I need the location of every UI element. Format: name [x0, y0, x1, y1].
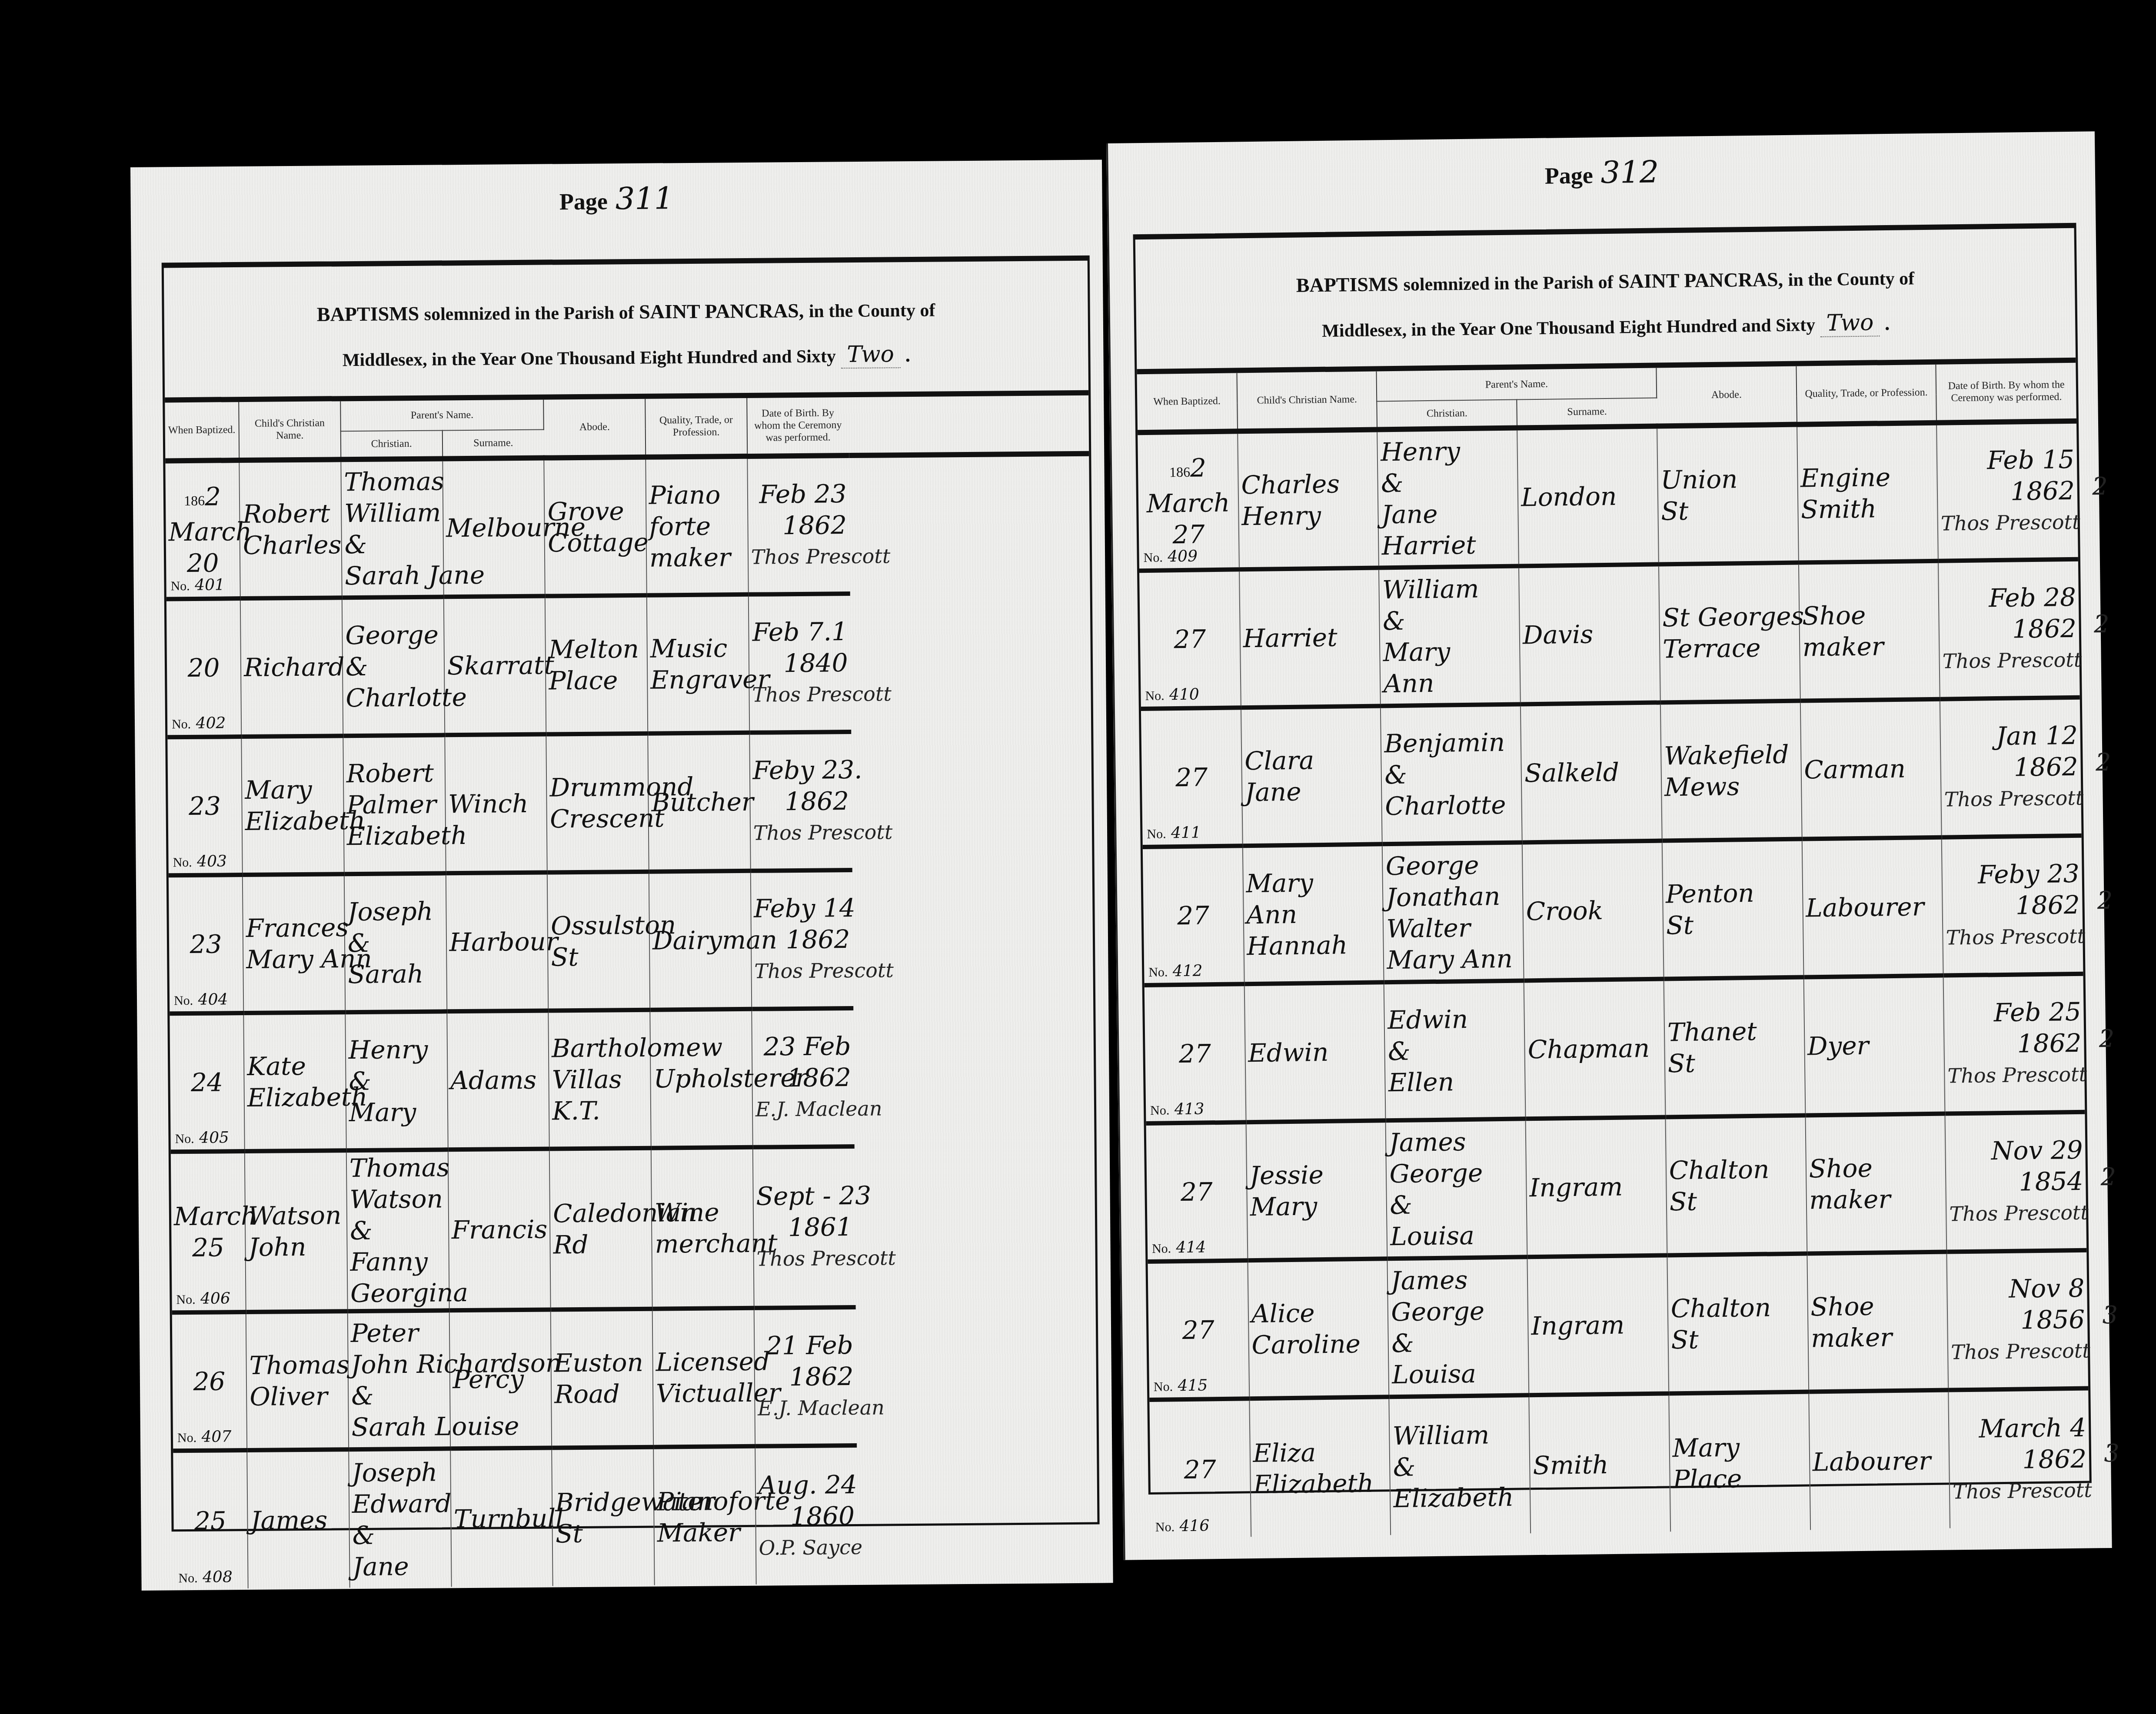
when-baptized-cell: 27No. 411	[1141, 708, 1243, 847]
parent-surname-cell: Davis	[1519, 565, 1660, 704]
trade-cell-line: forte	[649, 510, 745, 542]
margin-annotation: 2	[2092, 471, 2108, 502]
parent-christian-cell: PeterJohn Richardson&Sarah Louise	[347, 1310, 450, 1449]
dob-officiant-cell-line: 1860	[759, 1500, 855, 1532]
parent-surname-cell: Francis	[448, 1149, 551, 1310]
parent-surname-cell-line: Turnbull	[454, 1502, 549, 1535]
parent-christian-cell-line: Thomas	[344, 465, 439, 498]
parent-christian-cell-line: &	[1384, 758, 1519, 791]
child-name-cell: Harriet	[1239, 568, 1381, 708]
parent-surname-cell: Turnbull	[450, 1448, 553, 1587]
parent-christian-cell-line: Walter	[1386, 912, 1521, 945]
parent-christian-cell-line: Georgina	[350, 1277, 446, 1309]
parent-surname-cell-line: Chapman	[1527, 1033, 1662, 1066]
parent-christian-cell-line: William	[1392, 1418, 1527, 1452]
parent-christian-cell-line: George	[1391, 1295, 1525, 1328]
page-number-heading: Page312	[1108, 149, 2095, 196]
officiant-signature: Thos Prescott	[753, 817, 849, 849]
entry-number: No. 406	[176, 1291, 230, 1308]
abode-cell-line: Penton	[1666, 877, 1800, 910]
entry-number: No. 416	[1155, 1518, 1210, 1535]
child-name-cell-line: Robert	[243, 498, 338, 530]
parent-christian-cell: JamesGeorge&Louisa	[1387, 1257, 1529, 1397]
dob-officiant-cell-line: 1862	[1940, 475, 2075, 508]
title-parish: SAINT PANCRAS,	[639, 299, 804, 323]
abode-cell-line: Grove	[547, 495, 643, 527]
abode-cell-line: Place	[549, 664, 644, 697]
register-entry-row: 1862March27No. 409CharlesHenryHenry&Jane…	[1138, 421, 2078, 571]
abode-cell-line: Rd	[553, 1229, 649, 1261]
abode-cell-line: Road	[554, 1378, 650, 1410]
child-name-cell: AliceCaroline	[1248, 1259, 1389, 1398]
trade-cell: Dairyman	[649, 871, 752, 1010]
parent-christian-cell: Benjamin&Charlotte	[1381, 704, 1522, 844]
abode-cell-line: St	[1666, 908, 1800, 941]
when-baptized-cell: 27No. 415	[1148, 1260, 1249, 1400]
baptism-month: March	[168, 516, 237, 548]
parent-surname-cell: Adams	[447, 1011, 549, 1150]
parent-christian-cell-line: William	[1382, 573, 1517, 606]
officiant-signature: O.P. Sayce	[759, 1531, 855, 1564]
child-name-cell-line: Alice	[1251, 1296, 1385, 1329]
entry-number: No. 407	[177, 1429, 232, 1446]
abode-cell: GroveCottage	[544, 457, 647, 596]
year-printed: 186	[1169, 464, 1190, 480]
trade-cell: Labourer	[1809, 1390, 1950, 1530]
parent-christian-cell-line: Elizabeth	[1393, 1481, 1527, 1514]
parent-christian-cell-line: &	[346, 650, 441, 682]
parent-surname-cell: Salkeld	[1521, 703, 1662, 843]
parent-christian-cell-line: Sarah	[348, 958, 443, 990]
parent-christian-cell-line: Ellen	[1388, 1065, 1522, 1098]
dob-officiant-cell-line: 1854	[1949, 1166, 2083, 1199]
child-name-cell: FrancesMary Ann	[243, 874, 345, 1013]
right-page: Page312 BAPTISMS solemnized in the Paris…	[1106, 131, 2112, 1560]
entry-number: No. 411	[1147, 825, 1201, 842]
baptism-day: 20	[169, 547, 237, 579]
entry-number-label: No.	[1147, 827, 1166, 841]
parent-christian-cell-line: George	[1389, 1156, 1524, 1189]
entry-number-value: 408	[203, 1568, 233, 1586]
dob-officiant-cell-line: 1862	[753, 785, 849, 817]
dob-officiant-cell: Aug. 241860O.P. Sayce	[755, 1445, 858, 1584]
dob-officiant-cell: March 41862Thos Prescott3	[1948, 1388, 2090, 1528]
dob-officiant-cell: Feb 281862Thos Prescott2	[1938, 559, 2080, 699]
when-baptized-cell: 1862March27No. 409	[1138, 431, 1239, 571]
dob-officiant-cell-line: Sept - 23	[756, 1180, 852, 1212]
parent-christian-cell-line: &	[1390, 1188, 1524, 1221]
left-page: Page311 BAPTISMS solemnized in the Paris…	[130, 159, 1113, 1590]
parent-christian-cell-line: Palmer	[346, 788, 442, 820]
trade-cell: Carman	[1800, 699, 1942, 839]
abode-cell-line: St Georges	[1662, 601, 1797, 634]
dob-officiant-cell-line: Feby 14	[754, 892, 850, 924]
title-baptisms: BAPTISMS	[317, 302, 419, 326]
entry-number: No. 404	[174, 992, 228, 1009]
register-entry-row: 26No. 407ThomasOliverPeterJohn Richardso…	[172, 1305, 1097, 1451]
header-abode: Abode.	[1656, 366, 1797, 426]
parent-surname-cell-line: Smith	[1533, 1448, 1667, 1481]
entry-number-value: 412	[1173, 962, 1203, 980]
dob-officiant-cell: Feby 141862Thos Prescott	[751, 870, 853, 1009]
child-name-cell-line: Jane	[1245, 775, 1379, 808]
title-text: solemnized in the Parish of	[1403, 272, 1614, 295]
child-name-cell: JessieMary	[1246, 1120, 1387, 1260]
dob-officiant-cell-line: 1840	[752, 647, 848, 679]
margin-annotation: 2	[2096, 747, 2112, 778]
officiant-signature: Thos Prescott	[1951, 1335, 2086, 1368]
entry-number-value: 414	[1176, 1238, 1206, 1256]
parent-christian-cell-line: William	[344, 497, 440, 529]
trade-cell-line: Smith	[1800, 492, 1935, 525]
parent-christian-cell-line: Jane	[353, 1550, 448, 1582]
officiant-signature: Thos Prescott	[751, 541, 847, 573]
register-entry-row: 23No. 403MaryElizabethRobertPalmerElizab…	[167, 730, 1092, 876]
entry-number-value: 402	[196, 714, 226, 732]
baptism-day: 23	[172, 928, 240, 960]
child-name-cell: RobertCharles	[239, 459, 342, 598]
baptism-year: 1862	[1141, 452, 1235, 488]
when-baptized-cell: 23No. 403	[167, 737, 242, 875]
register-entry-row: 24No. 405KateElizabethHenry&MaryAdamsBar…	[170, 1006, 1094, 1152]
register-entries: When Baptized. Child's Christian Name. P…	[1137, 363, 2090, 1538]
child-name-cell-line: Caroline	[1251, 1328, 1386, 1361]
parent-christian-cell: William&Elizabeth	[1389, 1395, 1531, 1535]
child-name-cell: James	[247, 1449, 349, 1588]
abode-cell-line: Caledonian	[553, 1197, 649, 1229]
parent-surname-cell: London	[1517, 426, 1659, 566]
trade-cell: Butcher	[648, 733, 750, 872]
trade-cell-line: Engine	[1800, 461, 1935, 494]
abode-cell-line: Wakefield	[1664, 739, 1798, 772]
entry-number-value: 411	[1171, 824, 1201, 842]
dob-officiant-cell-line: Feb 25	[1946, 996, 2081, 1029]
header-child-name: Child's Christian Name.	[239, 401, 341, 460]
entry-number-label: No.	[1150, 1103, 1170, 1118]
child-name-cell: Edwin	[1244, 982, 1386, 1122]
parent-surname-cell-line: Skarratt	[447, 650, 542, 682]
trade-cell-line: Music	[650, 632, 745, 664]
child-name-cell-line: Elizabeth	[1253, 1467, 1387, 1500]
register-entry-row: 27No. 415AliceCarolineJamesGeorge&Louisa…	[1148, 1250, 2088, 1400]
officiant-signature: Thos Prescott	[1942, 644, 2077, 677]
parent-christian-cell-line: James	[1391, 1263, 1525, 1296]
page-label: Page	[559, 188, 608, 215]
title-year-text: Middlesex, in the Year One Thousand Eigh…	[1322, 315, 1816, 341]
officiant-signature: Thos Prescott	[1944, 782, 2079, 815]
parent-christian-cell-line: Mary	[1383, 635, 1517, 668]
parent-christian-cell-line: Louisa	[1390, 1219, 1524, 1252]
trade-cell: Shoemaker	[1807, 1252, 1949, 1392]
child-name-cell-line: Kate	[247, 1050, 343, 1082]
dob-officiant-cell: Feb 151862Thos Prescott2	[1936, 421, 2078, 561]
dob-officiant-cell-line: Aug. 24	[758, 1469, 854, 1501]
officiant-signature: Thos Prescott	[1949, 1197, 2084, 1230]
parent-christian-cell: Edwin&Ellen	[1384, 980, 1526, 1120]
margin-annotation: 3	[2104, 1438, 2120, 1469]
column-headers: When Baptized. Child's Christian Name. P…	[165, 395, 1089, 461]
abode-cell-line: Ossulston	[551, 910, 646, 942]
entry-number: No. 412	[1148, 963, 1203, 980]
parent-christian-cell: Joseph&Sarah	[344, 873, 447, 1012]
officiant-signature: Thos Prescott	[1946, 920, 2080, 953]
parent-christian-cell-line: Henry	[348, 1033, 444, 1066]
header-parents-name: Parent's Name.	[340, 400, 544, 432]
title-year-handwritten: Two	[841, 341, 900, 369]
abode-cell-line: Terrace	[1663, 632, 1797, 665]
parent-christian-cell-line: Henry	[1381, 435, 1515, 468]
child-name-cell-line: Charles	[1241, 468, 1375, 501]
baptism-day: 24	[173, 1066, 241, 1098]
entry-number-value: 403	[197, 852, 227, 870]
abode-cell: St GeorgesTerrace	[1659, 563, 1800, 703]
dob-officiant-cell-line: 1861	[756, 1211, 852, 1243]
child-name-cell: Richard	[240, 598, 343, 737]
trade-cell: Upholsterer	[650, 1009, 752, 1148]
trade-cell-line: Dyer	[1807, 1029, 1942, 1062]
dob-officiant-cell-line: Feby 23	[1945, 858, 2079, 891]
entry-number-value: 416	[1179, 1517, 1209, 1535]
year-handwritten: 2	[1190, 453, 1207, 482]
entry-number-value: 404	[198, 990, 228, 1009]
entry-number: No. 415	[1154, 1378, 1208, 1395]
entry-number-value: 409	[1168, 548, 1198, 566]
dob-officiant-cell-line: Nov 29	[1948, 1134, 2083, 1167]
trade-cell: Pianofortemaker	[645, 456, 748, 595]
dob-officiant-cell-line: Feb 15	[1940, 443, 2075, 476]
baptism-day: 27	[1146, 899, 1241, 932]
register-entry-row: 23No. 404FrancesMary AnnJoseph&SarahHarb…	[169, 868, 1093, 1014]
trade-cell-line: Victualler	[656, 1377, 752, 1409]
child-name-cell-line: Hannah	[1247, 929, 1381, 962]
abode-cell-line: St	[1661, 494, 1795, 527]
trade-cell: Winemerchant	[651, 1147, 754, 1309]
baptism-day: 27	[1144, 761, 1239, 794]
dob-officiant-cell: Nov 81856Thos Prescott3	[1947, 1250, 2089, 1390]
abode-cell-line: Crescent	[550, 803, 645, 835]
header-trade: Quality, Trade, or Profession.	[645, 398, 747, 457]
trade-cell: Shoemaker	[1805, 1114, 1947, 1254]
dob-officiant-cell: Feby 23.1862Thos Prescott	[749, 732, 852, 871]
register-entry-row: 27No. 410HarrietWilliam&MaryAnnDavisSt G…	[1139, 559, 2080, 709]
abode-cell-line: Union	[1660, 462, 1795, 495]
abode-cell-line: St	[1671, 1323, 1805, 1356]
dob-officiant-cell-line: 1862	[755, 1062, 851, 1094]
abode-cell: UnionSt	[1657, 425, 1799, 565]
dob-officiant-cell: Feb 7.11840Thos Prescott	[749, 594, 851, 733]
trade-cell-line: Labourer	[1812, 1445, 1946, 1478]
child-name-cell: ClaraJane	[1241, 706, 1383, 846]
abode-cell: OssulstonSt	[547, 872, 650, 1011]
child-name-cell-line: John	[248, 1231, 344, 1263]
entry-number-label: No.	[1152, 1241, 1171, 1256]
header-parent-surname: Surname.	[442, 430, 544, 459]
abode-cell-line: Mews	[1664, 770, 1799, 803]
parent-christian-cell-line: &	[349, 1065, 444, 1097]
trade-cell: LicensedVictualler	[652, 1308, 755, 1447]
register-entry-row: 27No. 413EdwinEdwin&EllenChapmanThanetSt…	[1145, 974, 2085, 1123]
trade-cell-line: Engraver	[650, 664, 746, 696]
parent-christian-cell-line: Peter	[351, 1317, 446, 1349]
parent-christian-cell-line: Harriet	[1381, 528, 1516, 561]
entry-number-value: 401	[195, 576, 225, 594]
abode-cell-line: Place	[1673, 1462, 1807, 1495]
entry-number-label: No.	[173, 855, 192, 870]
column-headers: When Baptized. Child's Christian Name. P…	[1137, 363, 2076, 432]
register-entries: When Baptized. Child's Christian Name. P…	[165, 395, 1098, 1589]
register-entry-row: March25No. 406WatsonJohnThomasWatson&Fan…	[171, 1145, 1096, 1313]
abode-cell-line: St	[556, 1517, 651, 1549]
entry-number: No. 402	[172, 715, 226, 732]
year-handwritten: 2	[205, 482, 221, 511]
dob-officiant-cell: Feby 231862Thos Prescott2	[1942, 836, 2083, 976]
entry-number-value: 413	[1174, 1100, 1204, 1118]
header-dob-officiant: Date of Birth. By whom the Ceremony was …	[1936, 363, 2076, 423]
dob-officiant-cell-line: 1862	[754, 923, 850, 956]
entry-number: No. 405	[175, 1130, 229, 1147]
header-parents-name: Parent's Name.	[1377, 368, 1657, 402]
entry-number-value: 407	[201, 1428, 231, 1446]
dob-officiant-cell-line: 23 Feb	[755, 1030, 851, 1063]
header-abode: Abode.	[543, 399, 645, 458]
officiant-signature: Thos Prescott	[752, 678, 848, 711]
entry-number-label: No.	[170, 579, 190, 593]
abode-cell-line: Euston	[554, 1347, 650, 1379]
baptism-month: March	[174, 1200, 243, 1232]
title-baptisms: BAPTISMS	[1296, 273, 1399, 296]
trade-cell: EngineSmith	[1797, 423, 1939, 563]
trade-cell: Dyer	[1803, 976, 1945, 1116]
entry-number-label: No.	[172, 717, 191, 731]
header-when-baptized: When Baptized.	[165, 402, 239, 461]
title-text-end: in the County of	[809, 300, 935, 321]
parent-christian-cell: ThomasWilliam&Sarah Jane	[341, 458, 443, 598]
dob-officiant-cell-line: 1862	[757, 1361, 853, 1393]
parent-christian-cell-line: &	[344, 528, 440, 560]
parent-christian-cell-line: Fanny	[350, 1246, 446, 1278]
dob-officiant-cell: 23 Feb1862E.J. Maclean	[752, 1008, 854, 1147]
child-name-cell-line: Jessie	[1249, 1158, 1384, 1191]
baptism-day: 27	[1153, 1453, 1248, 1486]
dob-officiant-cell-line: 1862	[1947, 1027, 2082, 1060]
abode-cell-line: Chalton	[1669, 1153, 1803, 1186]
dob-officiant-cell-line: Nov 8	[1950, 1272, 2085, 1305]
child-name-cell: MaryAnnHannah	[1243, 844, 1384, 984]
parent-surname-cell-line: London	[1521, 480, 1655, 513]
child-name-cell: MaryElizabeth	[241, 736, 344, 875]
abode-cell-line: Cottage	[548, 526, 643, 558]
dob-officiant-cell-line: 1862	[1952, 1443, 2087, 1476]
margin-annotation: 2	[2099, 1023, 2115, 1055]
when-baptized-cell: 27No. 416	[1149, 1398, 1251, 1538]
parent-christian-cell-line: &	[348, 927, 443, 959]
header-child-name: Child's Christian Name.	[1237, 371, 1377, 431]
title-year-handwritten: Two	[1820, 309, 1880, 337]
child-name-cell: WatsonJohn	[245, 1150, 348, 1312]
parent-christian-cell-line: &	[1393, 1450, 1527, 1483]
parent-christian-cell: Henry&Mary	[345, 1011, 448, 1150]
trade-cell: PianoforteMaker	[653, 1446, 756, 1585]
child-name-cell: CharlesHenry	[1238, 429, 1379, 569]
entry-number-value: 405	[199, 1129, 229, 1147]
baptism-day: 27	[1143, 623, 1238, 655]
baptism-day: 20	[170, 652, 238, 684]
officiant-signature: E.J. Maclean	[755, 1093, 852, 1125]
when-baptized-cell: 1862March20No. 401	[165, 460, 240, 599]
register-entry-row: 27No. 414JessieMaryJamesGeorge&LouisaIng…	[1146, 1112, 2087, 1262]
parent-christian-cell: Henry&JaneHarriet	[1377, 428, 1519, 568]
header-parent-surname: Surname.	[1517, 398, 1657, 428]
trade-cell: MusicEngraver	[647, 595, 749, 734]
parent-surname-cell: Crook	[1522, 840, 1664, 980]
child-name-cell-line: Richard	[244, 651, 339, 683]
parent-christian-cell: JamesGeorge&Louisa	[1386, 1119, 1527, 1259]
child-name-cell-line: Elizabeth	[245, 805, 341, 837]
parent-christian-cell-line: George	[345, 619, 441, 651]
baptism-day: 27	[1149, 1176, 1244, 1208]
abode-cell-line: St	[1669, 1185, 1803, 1218]
parent-christian-cell-line: Ann	[1383, 667, 1517, 700]
parent-surname-cell: Winch	[445, 734, 547, 874]
dob-officiant-cell-line: Feby 23.	[752, 754, 848, 786]
entry-number: No. 413	[1150, 1101, 1204, 1119]
parent-christian-cell-line: James	[1389, 1125, 1523, 1158]
trade-cell-line: maker	[1802, 630, 1936, 663]
entry-number-value: 410	[1169, 685, 1199, 704]
dob-officiant-cell-line: 21 Feb	[757, 1329, 853, 1362]
trade-cell-line: Maker	[657, 1516, 752, 1548]
abode-cell: MaryPlace	[1669, 1392, 1810, 1531]
entry-number-value: 406	[200, 1289, 230, 1308]
parent-surname-cell: Ingram	[1526, 1117, 1667, 1257]
trade-cell-line: Piano	[649, 478, 745, 511]
parent-christian-cell-line: Watson	[349, 1183, 445, 1215]
entry-number-label: No.	[1145, 688, 1165, 703]
abode-cell-line: K.T.	[552, 1095, 648, 1127]
parent-christian-cell-line: Robert	[346, 757, 442, 789]
register-title: BAPTISMS solemnized in the Parish of SAI…	[164, 261, 1088, 403]
baptism-day: 25	[174, 1232, 243, 1263]
abode-cell: CaledonianRd	[549, 1148, 652, 1310]
dob-officiant-cell: 21 Feb1862E.J. Maclean	[754, 1307, 856, 1446]
when-baptized-cell: March25No. 406	[171, 1151, 246, 1312]
title-year-text: Middlesex, in the Year One Thousand Eigh…	[343, 346, 836, 370]
child-name-cell-line: Frances	[246, 912, 341, 944]
dob-officiant-cell: Feb 231862Thos Prescott	[747, 455, 850, 595]
title-line-1: BAPTISMS solemnized in the Parish of SAI…	[164, 287, 1088, 339]
parent-surname-cell-line: Harbour	[449, 926, 545, 958]
entry-number-label: No.	[1154, 1379, 1173, 1394]
dob-officiant-cell-line: Jan 12	[1943, 720, 2078, 753]
header-trade: Quality, Trade, or Profession.	[1796, 365, 1936, 425]
abode-cell: BartholomewVillasK.T.	[549, 1010, 651, 1149]
child-name-cell-line: Mary	[1246, 866, 1380, 899]
parent-christian-cell-line: Jane	[1381, 497, 1516, 530]
parent-christian-cell-line: Mary Ann	[1387, 943, 1521, 976]
margin-annotation: 2	[2094, 609, 2110, 640]
child-name-cell-line: Mary Ann	[246, 943, 342, 975]
parent-christian-cell-line: Thomas	[349, 1152, 445, 1184]
dob-officiant-cell-line: Feb 28	[1942, 581, 2076, 615]
abode-cell-line: St	[551, 941, 646, 973]
parent-christian-cell: ThomasWatson&FannyGeorgina	[346, 1149, 449, 1311]
child-name-cell-line: Mary	[245, 774, 340, 806]
register-entry-row: 20No. 402RichardGeorge&CharlotteSkarratt…	[166, 592, 1091, 737]
entry-number-label: No.	[176, 1292, 195, 1307]
register-entry-row: 27No. 412MaryAnnHannahGeorgeJonathanWalt…	[1143, 836, 2083, 985]
child-name-cell: ElizaElizabeth	[1249, 1397, 1391, 1537]
child-name-cell-line: Thomas	[249, 1349, 345, 1381]
